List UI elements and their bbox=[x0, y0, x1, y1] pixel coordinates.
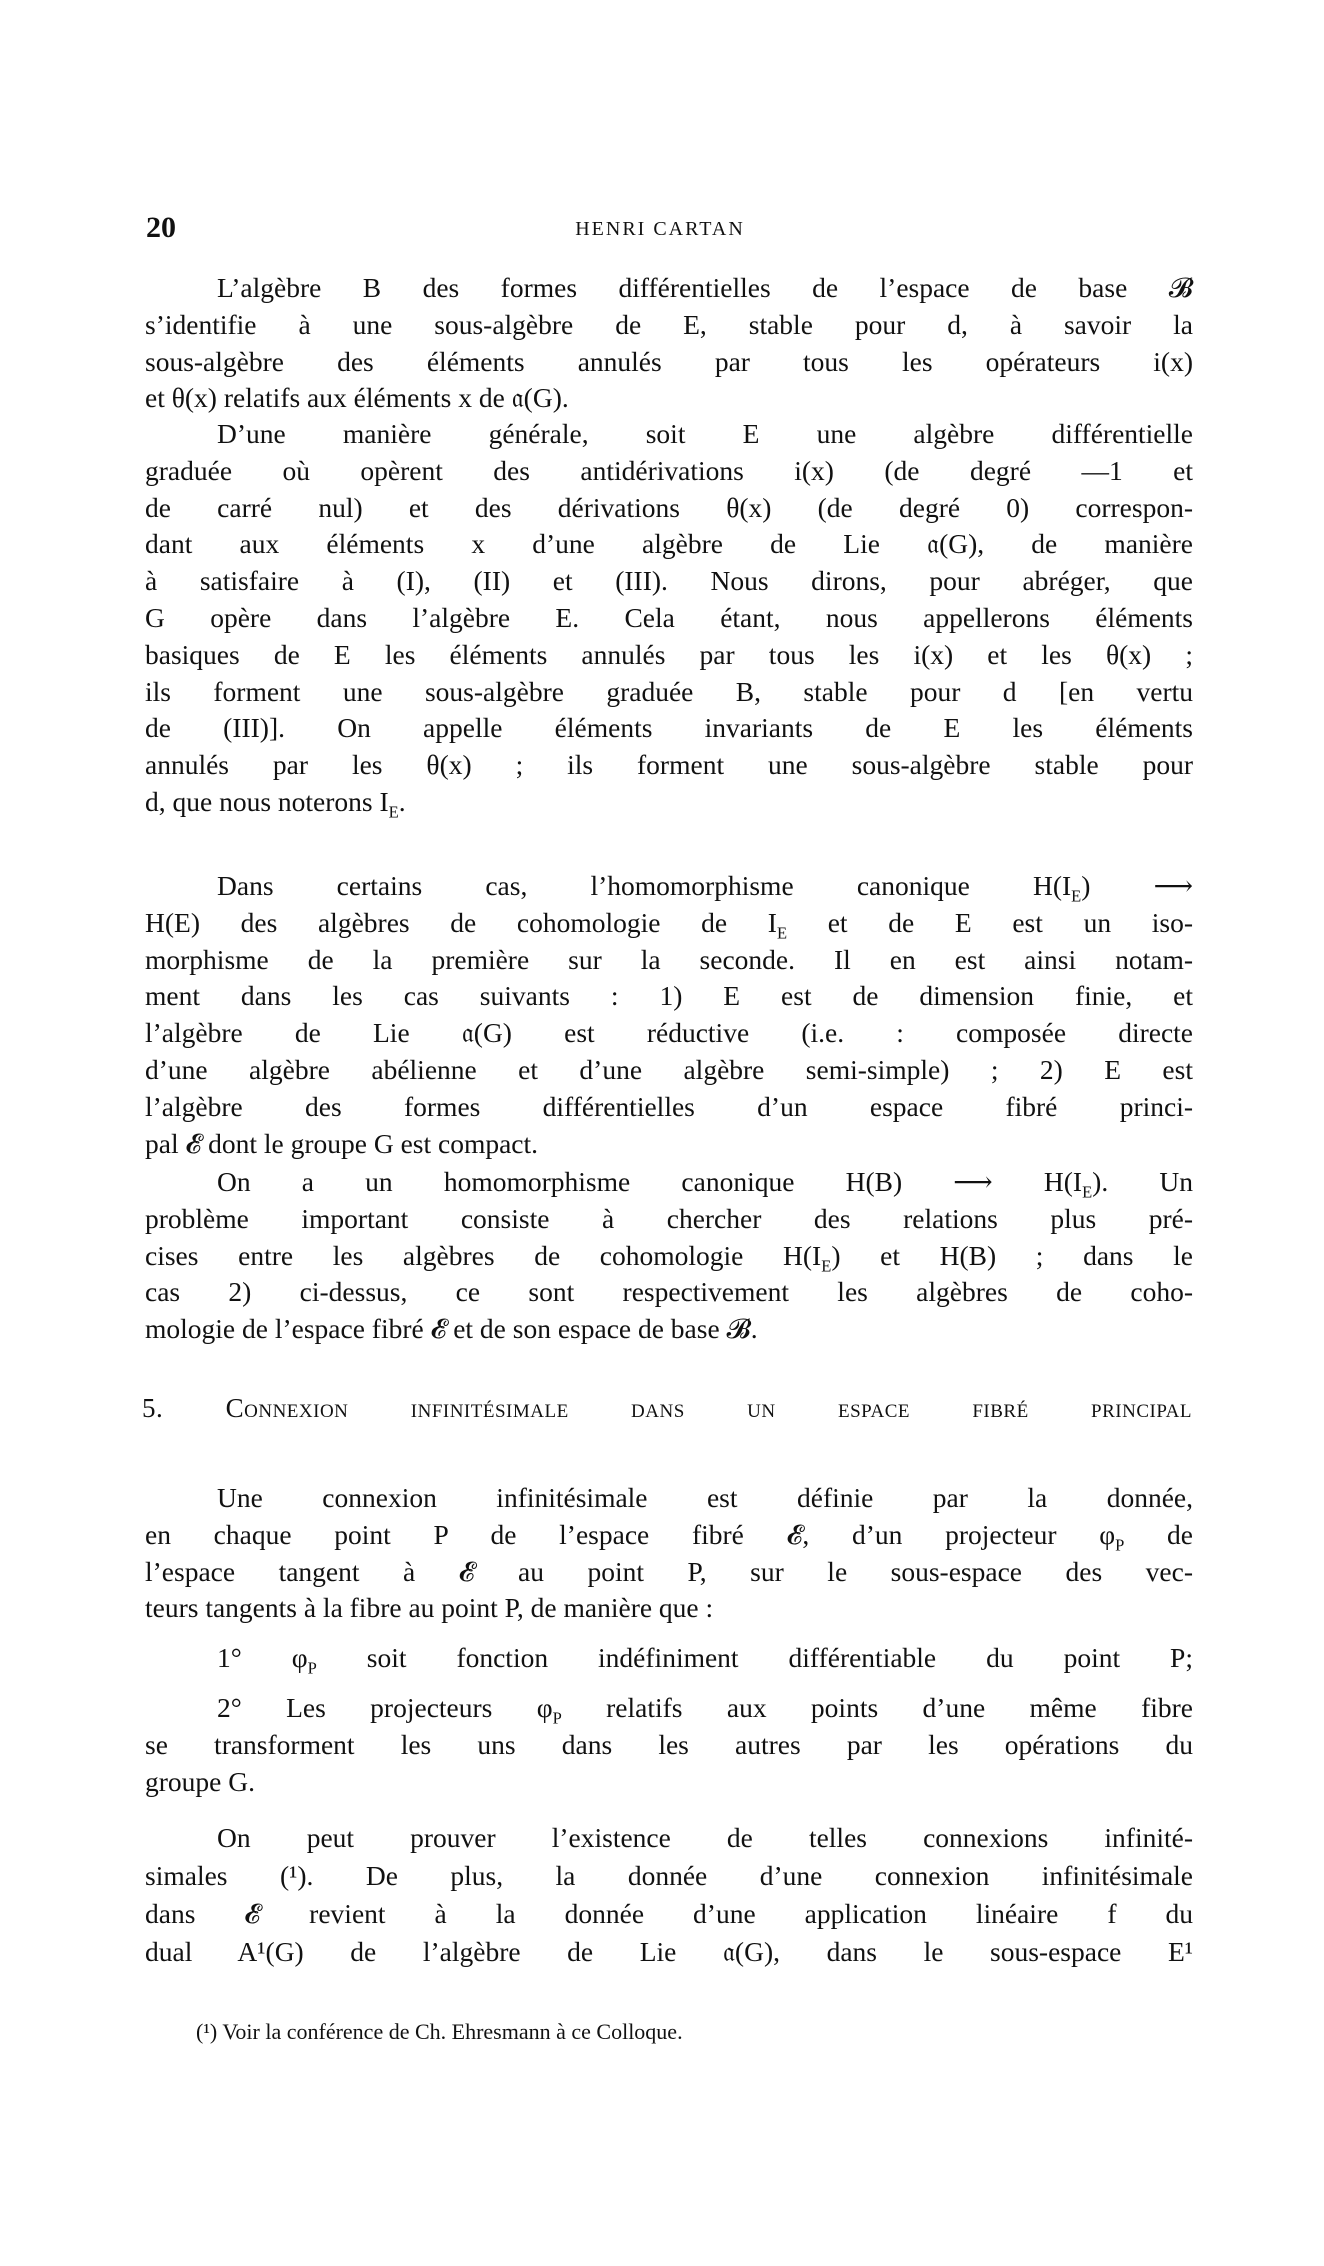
text-line: de carré nul) et des dérivations θ(x) (d… bbox=[145, 490, 1193, 526]
text-line: graduée où opèrent des antidérivations i… bbox=[145, 453, 1193, 489]
text-line: l’algèbre de Lie 𝔞(G) est réductive (i.e… bbox=[145, 1015, 1193, 1051]
text-line: On a un homomorphisme canonique H(B) ⟶ H… bbox=[145, 1164, 1193, 1200]
text-line: Une connexion infinitésimale est définie… bbox=[145, 1480, 1193, 1516]
text-line: se transforment les uns dans les autres … bbox=[145, 1727, 1193, 1763]
text-line: cas 2) ci-dessus, ce sont respectivement… bbox=[145, 1274, 1193, 1310]
text-line: dans 𝓔 revient à la donnée d’une applica… bbox=[145, 1896, 1193, 1932]
footnote-marker: (¹) bbox=[196, 2019, 217, 2044]
text-line: simales (¹). De plus, la donnée d’une co… bbox=[145, 1858, 1193, 1894]
text-line: On peut prouver l’existence de telles co… bbox=[145, 1820, 1193, 1856]
text-line: Dans certains cas, l’homomorphisme canon… bbox=[145, 868, 1193, 904]
text-line: dant aux éléments x d’une algèbre de Lie… bbox=[145, 526, 1193, 562]
text-line: H(E) des algèbres de cohomologie de IE e… bbox=[145, 905, 1193, 941]
text-line: annulés par les θ(x) ; ils forment une s… bbox=[145, 747, 1193, 783]
section-heading: 5. Connexion infinitésimale dans un espa… bbox=[142, 1388, 1192, 1428]
text-line: à satisfaire à (I), (II) et (III). Nous … bbox=[145, 563, 1193, 599]
text-line: d, que nous noterons IE. bbox=[145, 784, 1193, 820]
page-number: 20 bbox=[146, 208, 176, 248]
text-line: groupe G. bbox=[145, 1764, 1193, 1800]
text-line: D’une manière générale, soit E une algèb… bbox=[145, 416, 1193, 452]
text-line: et θ(x) relatifs aux éléments x de 𝔞(G). bbox=[145, 380, 1193, 416]
text-line: G opère dans l’algèbre E. Cela étant, no… bbox=[145, 600, 1193, 636]
text-line: en chaque point P de l’espace fibré 𝓔, d… bbox=[145, 1517, 1193, 1553]
text-line: teurs tangents à la fibre au point P, de… bbox=[145, 1590, 1193, 1626]
text-line: l’algèbre des formes différentielles d’u… bbox=[145, 1089, 1193, 1125]
text-line: problème important consiste à chercher d… bbox=[145, 1201, 1193, 1237]
text-line: l’espace tangent à 𝓔 au point P, sur le … bbox=[145, 1554, 1193, 1590]
text-line: basiques de E les éléments annulés par t… bbox=[145, 637, 1193, 673]
text-line: L’algèbre B des formes différentielles d… bbox=[145, 270, 1193, 306]
section-title: Connexion infinitésimale dans un espace … bbox=[226, 1393, 1192, 1423]
running-head: HENRI CARTAN bbox=[440, 214, 880, 244]
text-line: sous-algèbre des éléments annulés par to… bbox=[145, 344, 1193, 380]
text-line: s’identifie à une sous-algèbre de E, sta… bbox=[145, 307, 1193, 343]
text-line: 1° φP soit fonction indéfiniment différe… bbox=[145, 1640, 1193, 1676]
footnote-text: Voir la conférence de Ch. Ehresmann à ce… bbox=[222, 2019, 682, 2044]
text-line: ils forment une sous-algèbre graduée B, … bbox=[145, 674, 1193, 710]
text-line: 2° Les projecteurs φP relatifs aux point… bbox=[145, 1690, 1193, 1726]
text-line: mologie de l’espace fibré 𝓔 et de son es… bbox=[145, 1311, 1193, 1347]
section-number: 5. bbox=[142, 1393, 163, 1423]
text-line: de (III)]. On appelle éléments invariant… bbox=[145, 710, 1193, 746]
text-line: morphisme de la première sur la seconde.… bbox=[145, 942, 1193, 978]
text-line: d’une algèbre abélienne et d’une algèbre… bbox=[145, 1052, 1193, 1088]
footnote: (¹) Voir la conférence de Ch. Ehresmann … bbox=[196, 2017, 683, 2047]
text-line: cises entre les algèbres de cohomologie … bbox=[145, 1238, 1193, 1274]
text-line: ment dans les cas suivants : 1) E est de… bbox=[145, 978, 1193, 1014]
text-line: pal 𝓔 dont le groupe G est compact. bbox=[145, 1126, 1193, 1162]
text-line: dual A¹(G) de l’algèbre de Lie 𝔞(G), dan… bbox=[145, 1934, 1193, 1970]
